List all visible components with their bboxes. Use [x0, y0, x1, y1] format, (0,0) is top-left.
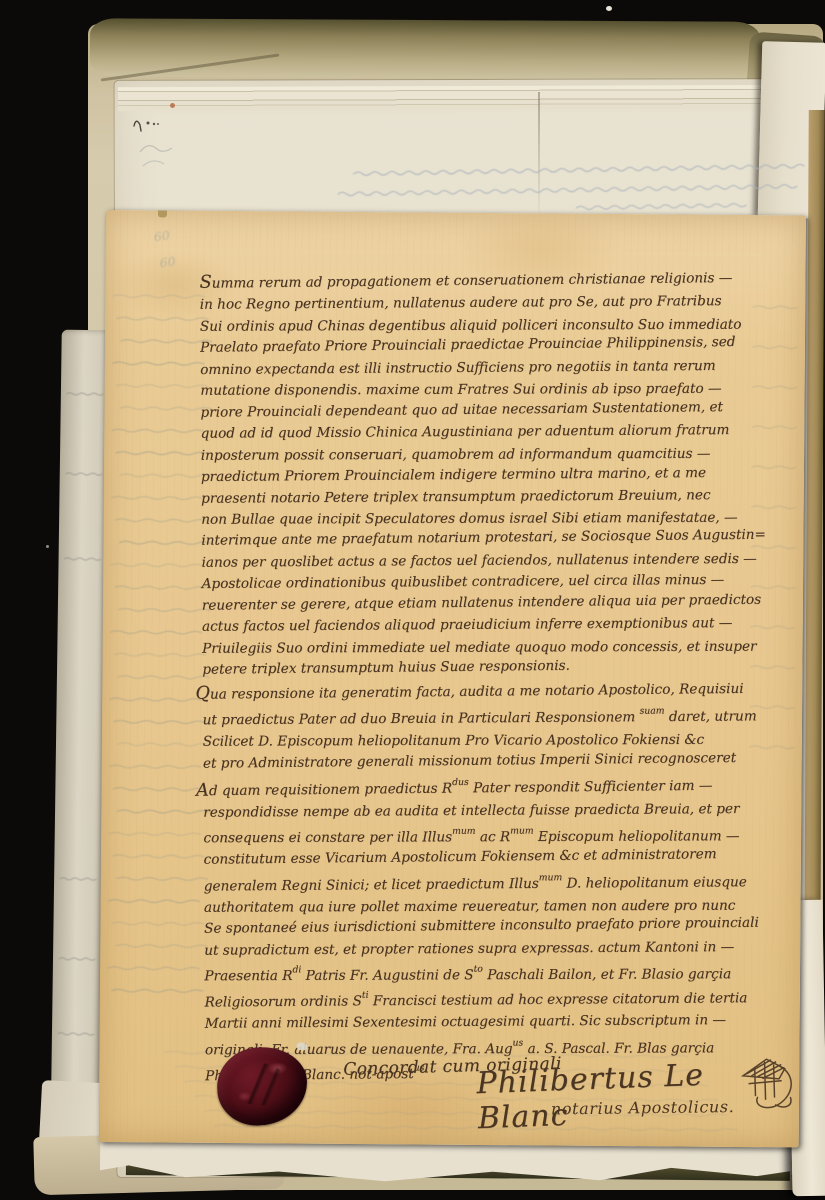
manuscript-page: 60 60 Summa rerum ad propagationem et co… [99, 210, 806, 1147]
ink-stroke [134, 121, 141, 131]
manuscript-line: praesenti notario Petere triplex transum… [201, 484, 813, 510]
manuscript-paragraph: Summa rerum ad propagationem et conserua… [200, 268, 815, 681]
edge-trace [65, 558, 101, 561]
bleed-line [116, 452, 207, 455]
bleed-line [117, 384, 208, 387]
inscription-line [576, 203, 746, 209]
dust-speck [606, 6, 612, 11]
bleed-line [112, 922, 203, 925]
notary-title: notarius Apostolicus. [551, 1097, 735, 1118]
bleed-line [117, 810, 208, 813]
bleed-line [109, 832, 200, 835]
manuscript-line: respondidisse nempe ab ea audita et inte… [203, 798, 815, 824]
photograph-black-background: 60 60 Summa rerum ad propagationem et co… [0, 0, 825, 1200]
bleed-line [115, 586, 206, 589]
manuscript-text: Summa rerum ad propagationem et conserua… [200, 268, 818, 1087]
inscription-line [338, 184, 797, 195]
bleed-line [119, 541, 210, 544]
stacked-sheet-edge-lines [118, 85, 818, 111]
bleed-line [116, 519, 207, 522]
manuscript-line: quod ad id quod Missio Chinica Augustini… [201, 420, 813, 446]
notarial-paraph-flourish [734, 1054, 798, 1114]
manuscript-line: in hoc Regno pertinentium, nullatenus au… [200, 291, 812, 317]
edge-trace [59, 958, 95, 961]
ink-dot [153, 123, 155, 125]
manuscript-line: Martii anni millesimi Sexentesimi octuag… [205, 1010, 817, 1036]
bleed-line [108, 967, 199, 970]
bleed-line [118, 743, 209, 746]
manuscript-line: omnino expectanda est illi instructio Su… [200, 355, 812, 381]
manuscript-line: ut supradictum est, et propter rationes … [204, 936, 816, 962]
small-ink-marks [130, 114, 200, 180]
bleed-line [110, 765, 201, 768]
edge-trace [67, 393, 103, 396]
manuscript-paragraph: Qua responsione ita generatim facta, aud… [202, 679, 815, 775]
manuscript-line: ut praedictus Pater ad duo Breuia in Par… [203, 702, 815, 732]
faint-pencil-curl [143, 161, 164, 166]
bleed-line [110, 698, 201, 701]
pencil-margin-mark: 60 [159, 254, 177, 271]
bleed-line [117, 877, 208, 880]
rust-stain-dot [170, 103, 175, 108]
manuscript-line: actus factos uel faciendos aliquod praei… [202, 613, 814, 639]
bleed-line [111, 564, 202, 567]
edge-trace [58, 1033, 94, 1036]
dust-speck [46, 545, 49, 548]
edge-trace [66, 473, 102, 476]
bleed-line [116, 944, 207, 947]
ink-dot [157, 123, 159, 125]
faint-pencil-curl [140, 146, 172, 152]
bleed-line [119, 608, 210, 611]
pencil-margin-mark: 60 [153, 227, 171, 244]
bleed-line [117, 317, 208, 320]
bleed-line [111, 631, 202, 634]
inscription-line [354, 164, 804, 175]
bleed-line [120, 474, 211, 477]
manuscript-line: generalem Regni Sinici; et licet praedic… [204, 867, 816, 898]
ink-dot [147, 122, 150, 125]
bleed-line [109, 900, 200, 903]
manuscript-line: Ad quam requisitionem praedictus Rdus Pa… [196, 770, 815, 803]
bleed-line [113, 362, 204, 365]
bleed-line [113, 788, 204, 791]
bleed-line [112, 989, 203, 992]
bleed-line [114, 653, 205, 656]
bleed-line [112, 496, 203, 499]
bleed-line [113, 295, 204, 298]
bleed-line [113, 855, 204, 858]
bleed-line [120, 407, 211, 410]
vellum-top-rolled-edge [90, 18, 760, 80]
bleed-line [114, 720, 205, 723]
bleed-line [118, 676, 209, 679]
paraph-strokes [742, 1059, 791, 1109]
edge-trace [60, 878, 96, 881]
manuscript-paragraph: Ad quam requisitionem praedictus Rdus Pa… [203, 772, 817, 1087]
bleed-line [121, 340, 212, 343]
bleed-line [112, 429, 203, 432]
